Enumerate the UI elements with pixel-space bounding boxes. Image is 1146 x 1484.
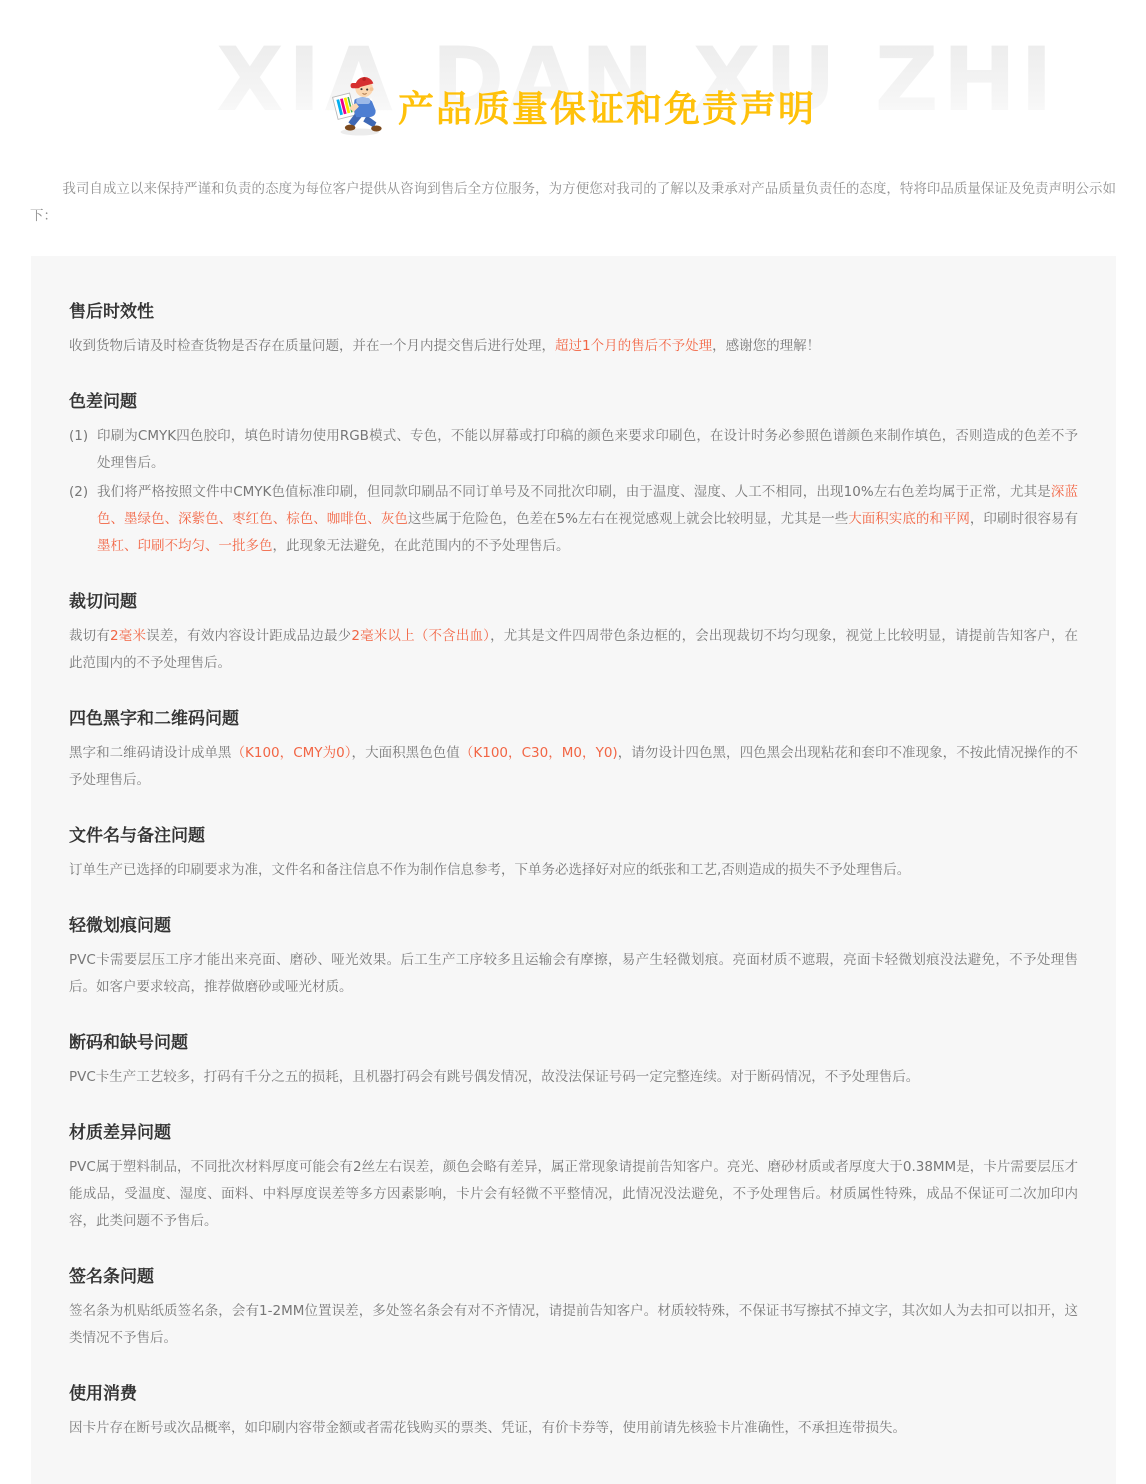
list-number: (2) <box>69 479 88 506</box>
policy-section: 售后时效性 收到货物后请及时检查货物是否存在质量问题，并在一个月内提交售后进行处… <box>69 297 1078 360</box>
policy-section: 签名条问题 签名条为机贴纸质签名条，会有1-2MM位置误差，多处签名条会有对不齐… <box>69 1262 1078 1352</box>
intro-paragraph: 我司自成立以来保持严谨和负责的态度为每位客户提供从咨询到售后全方位服务，为方便您… <box>30 176 1116 230</box>
section-paragraph: 订单生产已选择的印刷要求为准，文件名和备注信息不作为制作信息参考，下单务必选择好… <box>69 857 1078 884</box>
printer-courier-mascot-icon <box>330 71 386 137</box>
section-heading: 材质差异问题 <box>69 1118 1078 1143</box>
section-heading: 轻微划痕问题 <box>69 911 1078 936</box>
body-text: 因卡片存在断号或次品概率，如印刷内容带金额或者需花钱购买的票类、凭证，有价卡券等… <box>69 1420 906 1436</box>
section-body: 因卡片存在断号或次品概率，如印刷内容带金额或者需花钱购买的票类、凭证，有价卡券等… <box>69 1415 1078 1442</box>
highlighted-text: 墨杠、印刷不均匀、一批多色 <box>97 538 273 554</box>
body-text: ，印刷时很容易有 <box>970 511 1078 527</box>
section-paragraph: 黑字和二维码请设计成单黑（K100，CMY为0），大面积黑色色值（K100，C3… <box>69 740 1078 794</box>
section-paragraph: PVC卡生产工艺较多，打码有千分之五的损耗，且机器打码会有跳号偶发情况，故没法保… <box>69 1064 1078 1091</box>
body-text: PVC卡需要层压工序才能出来亮面、磨砂、哑光效果。后工生产工序较多且运输会有摩擦… <box>69 952 1078 995</box>
section-body: 订单生产已选择的印刷要求为准，文件名和备注信息不作为制作信息参考，下单务必选择好… <box>69 857 1078 884</box>
section-paragraph: (1)印刷为CMYK四色胶印，填色时请勿使用RGB模式、专色，不能以屏幕或打印稿… <box>69 423 1078 477</box>
section-paragraph: 签名条为机贴纸质签名条，会有1-2MM位置误差，多处签名条会有对不齐情况，请提前… <box>69 1298 1078 1352</box>
highlighted-text: 2毫米 <box>110 628 146 644</box>
highlighted-text: （K100，C30，M0，Y0) <box>460 745 618 761</box>
policy-section: 轻微划痕问题 PVC卡需要层压工序才能出来亮面、磨砂、哑光效果。后工生产工序较多… <box>69 911 1078 1001</box>
section-paragraph: PVC属于塑料制品，不同批次材料厚度可能会有2丝左右误差，颜色会略有差异，属正常… <box>69 1154 1078 1235</box>
highlighted-text: 超过1个月的售后不予处理 <box>555 338 712 354</box>
page-header: 产品质量保证和免责声明 <box>0 0 1146 146</box>
body-text: ，感谢您的理解！ <box>712 338 820 354</box>
section-body: PVC卡需要层压工序才能出来亮面、磨砂、哑光效果。后工生产工序较多且运输会有摩擦… <box>69 947 1078 1001</box>
body-text: 签名条为机贴纸质签名条，会有1-2MM位置误差，多处签名条会有对不齐情况，请提前… <box>69 1303 1078 1346</box>
section-paragraph: 收到货物后请及时检查货物是否存在质量问题，并在一个月内提交售后进行处理，超过1个… <box>69 333 1078 360</box>
policy-section: 文件名与备注问题 订单生产已选择的印刷要求为准，文件名和备注信息不作为制作信息参… <box>69 821 1078 884</box>
content-panel: 售后时效性 收到货物后请及时检查货物是否存在质量问题，并在一个月内提交售后进行处… <box>31 256 1116 1484</box>
body-text: PVC属于塑料制品，不同批次材料厚度可能会有2丝左右误差，颜色会略有差异，属正常… <box>69 1159 1078 1229</box>
body-text: 订单生产已选择的印刷要求为准，文件名和备注信息不作为制作信息参考，下单务必选择好… <box>69 862 910 878</box>
section-body: 裁切有2毫米误差，有效内容设计距成品边最少2毫米以上（不含出血），尤其是文件四周… <box>69 623 1078 677</box>
section-paragraph: 裁切有2毫米误差，有效内容设计距成品边最少2毫米以上（不含出血），尤其是文件四周… <box>69 623 1078 677</box>
body-text: 误差，有效内容设计距成品边最少 <box>146 628 351 644</box>
body-text: 黑字和二维码请设计成单黑 <box>69 745 231 761</box>
body-text: PVC卡生产工艺较多，打码有千分之五的损耗，且机器打码会有跳号偶发情况，故没法保… <box>69 1069 919 1085</box>
body-text: 我们将严格按照文件中CMYK色值标准印刷，但同款印刷品不同订单号及不同批次印刷，… <box>97 484 1051 500</box>
highlighted-text: 2毫米以上（不含出血） <box>351 628 490 644</box>
body-text: ，大面积黑色色值 <box>352 745 460 761</box>
section-heading: 售后时效性 <box>69 297 1078 322</box>
body-text: 收到货物后请及时检查货物是否存在质量问题，并在一个月内提交售后进行处理， <box>69 338 555 354</box>
page: XIA DAN XU ZHI <box>0 0 1146 1484</box>
body-text: 裁切有 <box>69 628 110 644</box>
page-title: 产品质量保证和免责声明 <box>398 81 816 132</box>
section-paragraph: PVC卡需要层压工序才能出来亮面、磨砂、哑光效果。后工生产工序较多且运输会有摩擦… <box>69 947 1078 1001</box>
policy-section: 使用消费 因卡片存在断号或次品概率，如印刷内容带金额或者需花钱购买的票类、凭证，… <box>69 1379 1078 1442</box>
section-heading: 色差问题 <box>69 387 1078 412</box>
section-body: PVC卡生产工艺较多，打码有千分之五的损耗，且机器打码会有跳号偶发情况，故没法保… <box>69 1064 1078 1091</box>
section-heading: 使用消费 <box>69 1379 1078 1404</box>
section-heading: 文件名与备注问题 <box>69 821 1078 846</box>
section-heading: 签名条问题 <box>69 1262 1078 1287</box>
section-paragraph: 因卡片存在断号或次品概率，如印刷内容带金额或者需花钱购买的票类、凭证，有价卡券等… <box>69 1415 1078 1442</box>
highlighted-text: （K100，CMY为0） <box>231 745 351 761</box>
section-body: PVC属于塑料制品，不同批次材料厚度可能会有2丝左右误差，颜色会略有差异，属正常… <box>69 1154 1078 1235</box>
list-number: (1) <box>69 423 88 450</box>
section-paragraph: (2)我们将严格按照文件中CMYK色值标准印刷，但同款印刷品不同订单号及不同批次… <box>69 479 1078 560</box>
section-body: 签名条为机贴纸质签名条，会有1-2MM位置误差，多处签名条会有对不齐情况，请提前… <box>69 1298 1078 1352</box>
policy-section: 材质差异问题 PVC属于塑料制品，不同批次材料厚度可能会有2丝左右误差，颜色会略… <box>69 1118 1078 1235</box>
section-body: (1)印刷为CMYK四色胶印，填色时请勿使用RGB模式、专色，不能以屏幕或打印稿… <box>69 423 1078 560</box>
body-text: 印刷为CMYK四色胶印，填色时请勿使用RGB模式、专色，不能以屏幕或打印稿的颜色… <box>97 428 1078 471</box>
policy-section: 四色黑字和二维码问题 黑字和二维码请设计成单黑（K100，CMY为0），大面积黑… <box>69 704 1078 794</box>
sections-container: 售后时效性 收到货物后请及时检查货物是否存在质量问题，并在一个月内提交售后进行处… <box>69 297 1078 1442</box>
highlighted-text: 大面积实底的和平网 <box>848 511 970 527</box>
policy-section: 色差问题 (1)印刷为CMYK四色胶印，填色时请勿使用RGB模式、专色，不能以屏… <box>69 387 1078 560</box>
section-body: 黑字和二维码请设计成单黑（K100，CMY为0），大面积黑色色值（K100，C3… <box>69 740 1078 794</box>
section-heading: 断码和缺号问题 <box>69 1028 1078 1053</box>
section-heading: 四色黑字和二维码问题 <box>69 704 1078 729</box>
body-text: 这些属于危险色，色差在5%左右在视觉感观上就会比较明显，尤其是一些 <box>408 511 848 527</box>
section-body: 收到货物后请及时检查货物是否存在质量问题，并在一个月内提交售后进行处理，超过1个… <box>69 333 1078 360</box>
body-text: ，此现象无法避免，在此范围内的不予处理售后。 <box>273 538 570 554</box>
policy-section: 断码和缺号问题 PVC卡生产工艺较多，打码有千分之五的损耗，且机器打码会有跳号偶… <box>69 1028 1078 1091</box>
policy-section: 裁切问题 裁切有2毫米误差，有效内容设计距成品边最少2毫米以上（不含出血），尤其… <box>69 587 1078 677</box>
section-heading: 裁切问题 <box>69 587 1078 612</box>
